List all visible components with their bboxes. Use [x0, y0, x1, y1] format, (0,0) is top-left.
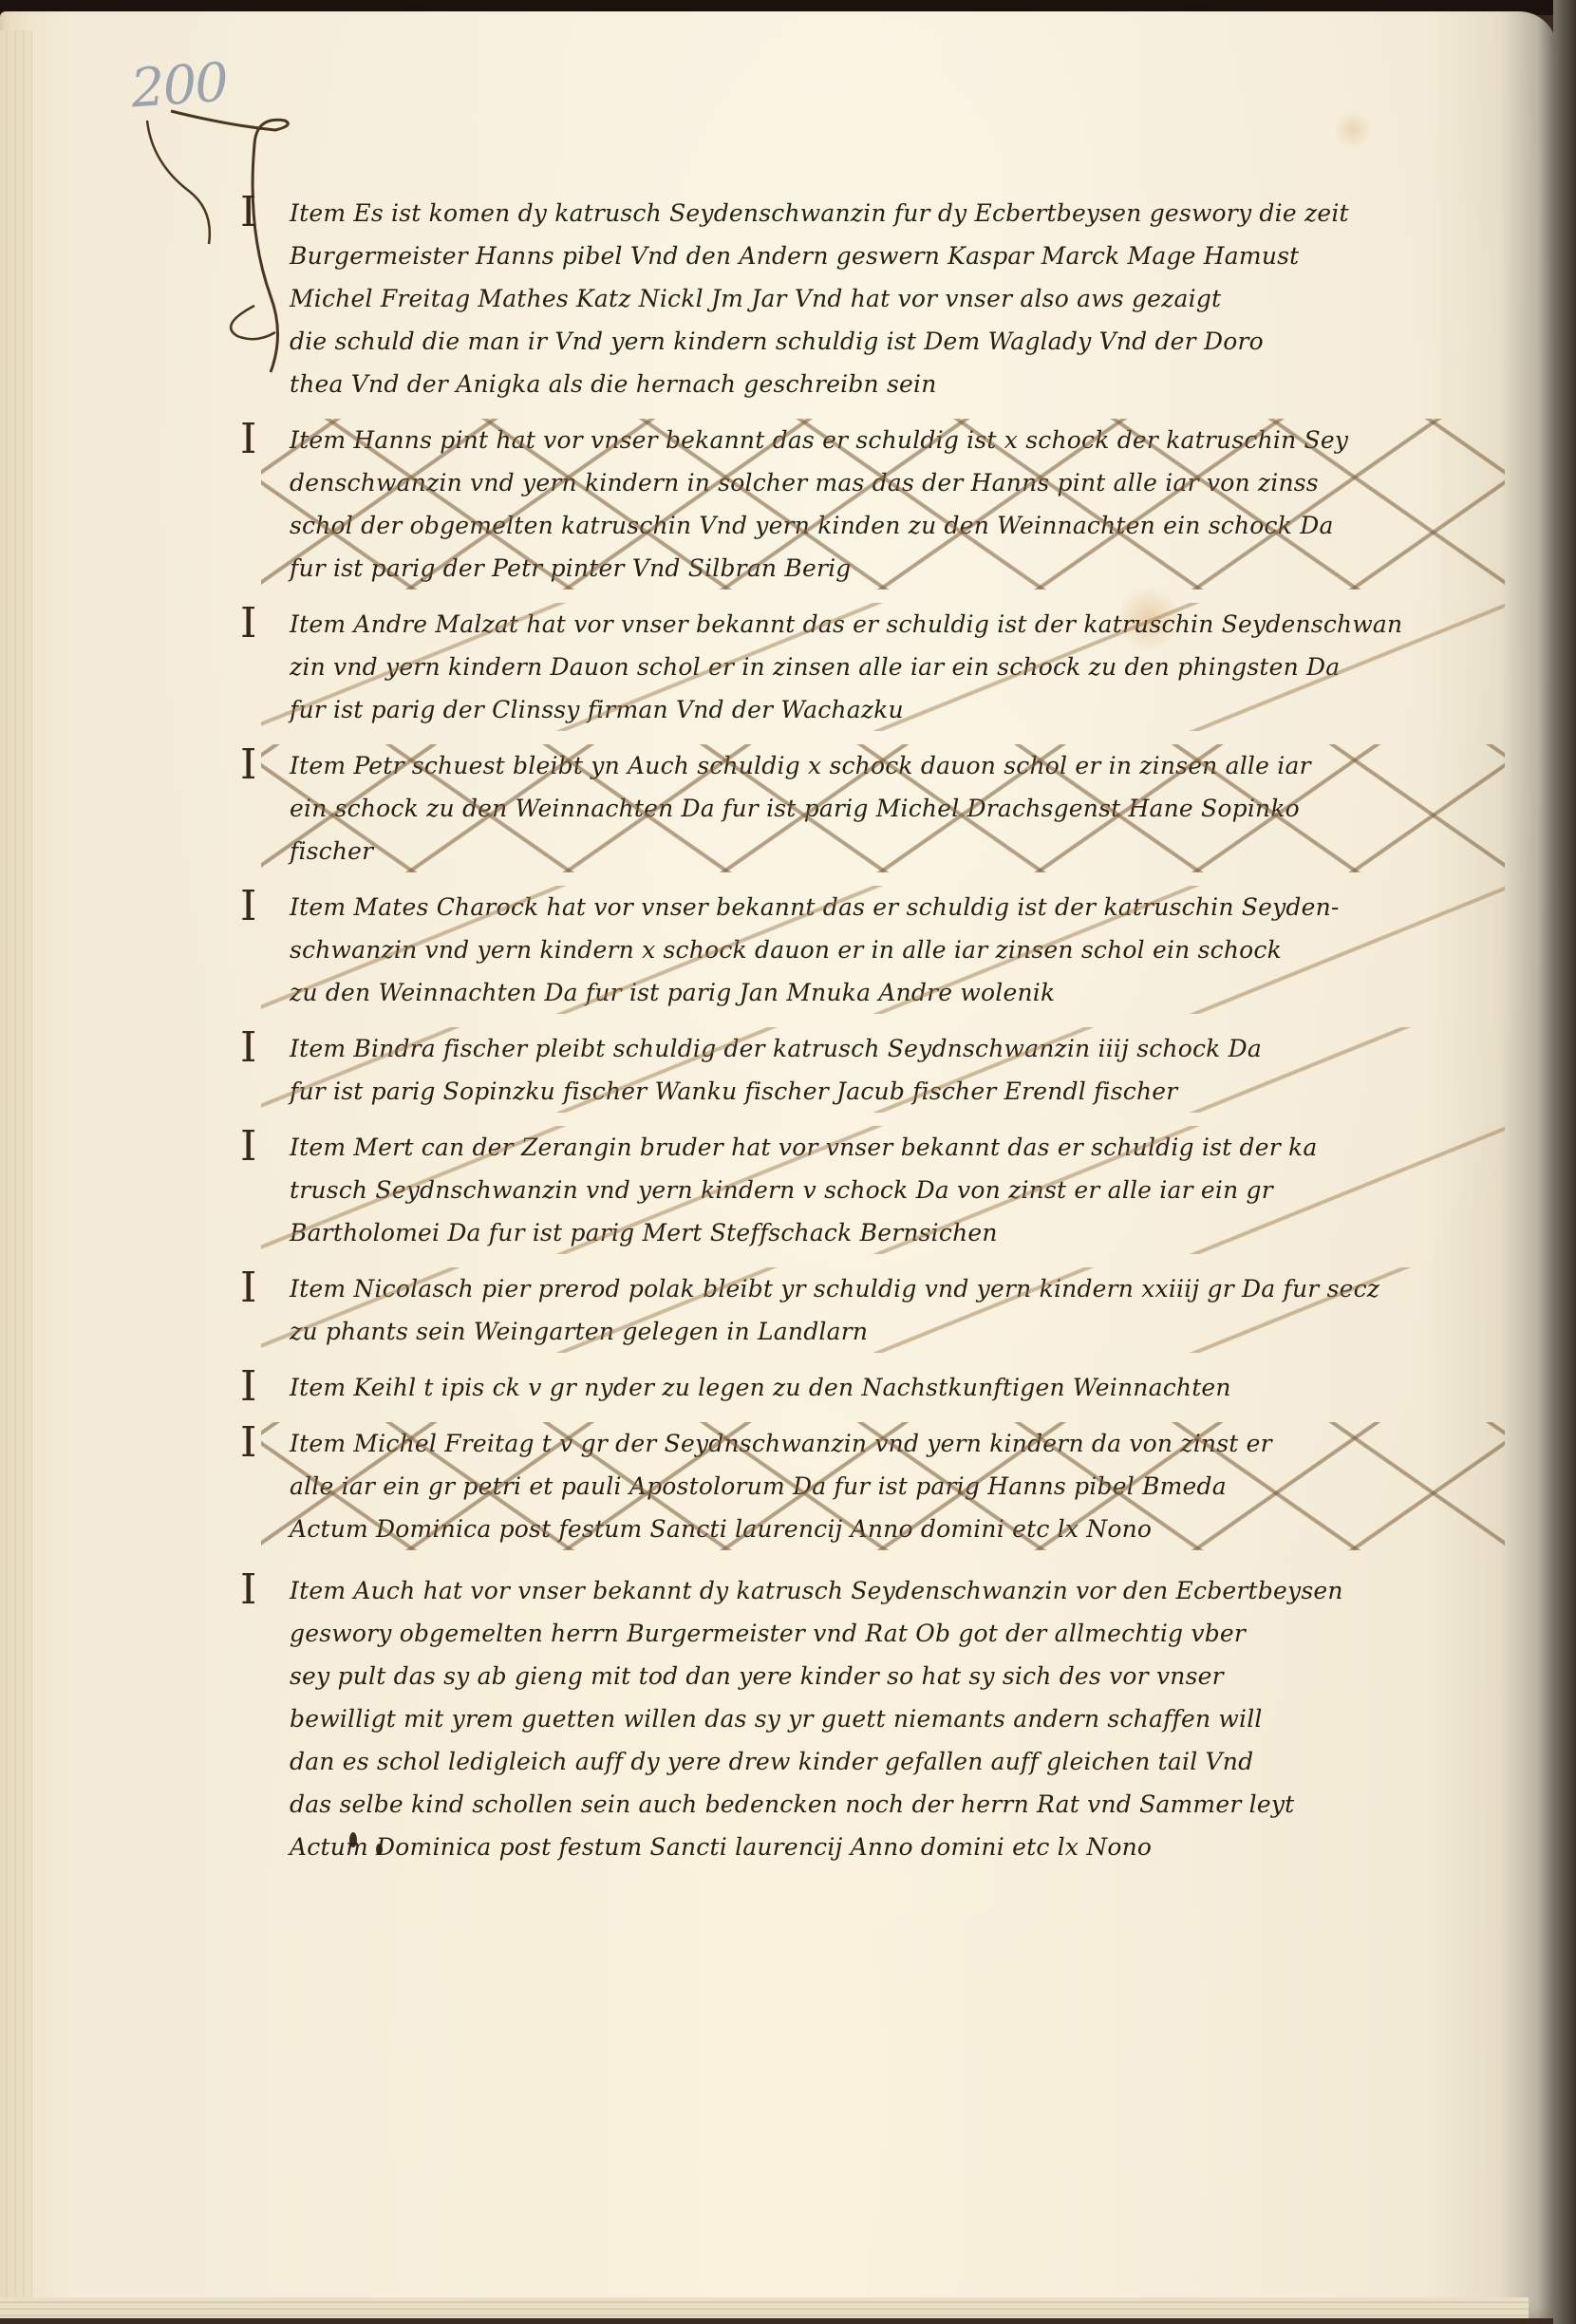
decorated-initial: I [240, 1264, 256, 1312]
decorated-initial: I [240, 599, 256, 647]
text-line: Item Michel Freitag t v gr der Seydnschw… [252, 1422, 1543, 1465]
entry-6: I Item Bindra fischer pleibt schuldig de… [252, 1027, 1543, 1113]
manuscript-scan: 200 I Item Es ist komen dy katrusch Seyd… [0, 0, 1576, 2324]
text-line: thea Vnd der Anigka als die hernach gesc… [252, 363, 1543, 405]
manuscript-text: I Item Es ist komen dy katrusch Seydensc… [252, 192, 1543, 1882]
decorated-initial: I [240, 188, 256, 236]
text-line: Bartholomei Da fur ist parig Mert Steffs… [252, 1211, 1543, 1254]
decorated-initial: I [240, 1122, 256, 1171]
text-line: Item Bindra fischer pleibt schuldig der … [252, 1027, 1543, 1070]
text-line: fur ist parig Sopinzku fischer Wanku fis… [252, 1070, 1543, 1113]
text-line: trusch Seydnschwanzin vnd yern kindern v… [252, 1169, 1543, 1211]
decorated-initial: I [240, 415, 256, 463]
book-gutter-shadow [1553, 0, 1576, 2324]
text-line: Michel Freitag Mathes Katz Nickl Jm Jar … [252, 277, 1543, 320]
text-line: Item Petr schuest bleibt yn Auch schuldi… [252, 744, 1543, 787]
text-line: Item Mates Charock hat vor vnser bekannt… [252, 886, 1543, 928]
decorated-initial: I [240, 740, 256, 789]
entry-3: I Item Andre Malzat hat vor vnser bekann… [252, 603, 1543, 731]
decorated-initial: I [240, 1023, 256, 1072]
text-line: Item Andre Malzat hat vor vnser bekannt … [252, 603, 1543, 646]
text-line: ein schock zu den Weinnachten Da fur ist… [252, 787, 1543, 830]
text-line: denschwanzin vnd yern kindern in solcher… [252, 461, 1543, 504]
text-line: Item Nicolasch pier prerod polak bleibt … [252, 1267, 1543, 1310]
text-line: zu phants sein Weingarten gelegen in Lan… [252, 1310, 1543, 1353]
text-line: schwanzin vnd yern kindern x schock dauo… [252, 928, 1543, 971]
text-line: bewilligt mit yrem guetten willen das sy… [252, 1697, 1543, 1740]
entry-11: I Item Auch hat vor vnser bekannt dy kat… [252, 1569, 1543, 1868]
decorated-initial: I [240, 1565, 256, 1614]
text-line: zin vnd yern kindern Dauon schol er in z… [252, 646, 1543, 688]
entry-9: I Item Keihl t ipis ck v gr nyder zu leg… [252, 1366, 1543, 1409]
manuscript-page: 200 I Item Es ist komen dy katrusch Seyd… [0, 11, 1557, 2318]
foxing-stain [1334, 111, 1372, 149]
text-line: Item Keihl t ipis ck v gr nyder zu legen… [252, 1366, 1543, 1409]
text-line: fur ist parig der Petr pinter Vnd Silbra… [252, 547, 1543, 590]
entry-8: I Item Nicolasch pier prerod polak bleib… [252, 1267, 1543, 1353]
text-line: Item Hanns pint hat vor vnser bekannt da… [252, 419, 1543, 461]
text-line: schol der obgemelten katruschin Vnd yern… [252, 504, 1543, 547]
entry-10: I Item Michel Freitag t v gr der Seydnsc… [252, 1422, 1543, 1550]
text-line: Item Auch hat vor vnser bekannt dy katru… [252, 1569, 1543, 1612]
text-line: Item Es ist komen dy katrusch Seydenschw… [252, 192, 1543, 234]
text-line: zu den Weinnachten Da fur ist parig Jan … [252, 971, 1543, 1014]
text-line: Actum Dominica post festum Sancti lauren… [252, 1826, 1543, 1868]
decorated-initial: I [240, 1418, 256, 1467]
text-line: Item Mert can der Zerangin bruder hat vo… [252, 1126, 1543, 1169]
text-line: das selbe kind schollen sein auch bedenc… [252, 1783, 1543, 1826]
text-line: fur ist parig der Clinssy firman Vnd der… [252, 688, 1543, 731]
entry-5: I Item Mates Charock hat vor vnser bekan… [252, 886, 1543, 1014]
entry-4: I Item Petr schuest bleibt yn Auch schul… [252, 744, 1543, 872]
text-line: Actum Dominica post festum Sancti lauren… [252, 1508, 1543, 1550]
text-line: Burgermeister Hanns pibel Vnd den Andern… [252, 234, 1543, 277]
text-line: sey pult das sy ab gieng mit tod dan yer… [252, 1655, 1543, 1697]
text-line: fischer [252, 830, 1543, 872]
entry-2: I Item Hanns pint hat vor vnser bekannt … [252, 419, 1543, 590]
entry-1: I Item Es ist komen dy katrusch Seydensc… [252, 192, 1543, 405]
entry-7: I Item Mert can der Zerangin bruder hat … [252, 1126, 1543, 1254]
decorated-initial: I [240, 1362, 256, 1411]
text-line: dan es schol ledigleich auff dy yere dre… [252, 1740, 1543, 1783]
text-line: alle iar ein gr petri et pauli Apostolor… [252, 1465, 1543, 1508]
decorated-initial: I [240, 882, 256, 930]
text-line: die schuld die man ir Vnd yern kindern s… [252, 320, 1543, 363]
text-line: geswory obgemelten herrn Burgermeister v… [252, 1612, 1543, 1655]
